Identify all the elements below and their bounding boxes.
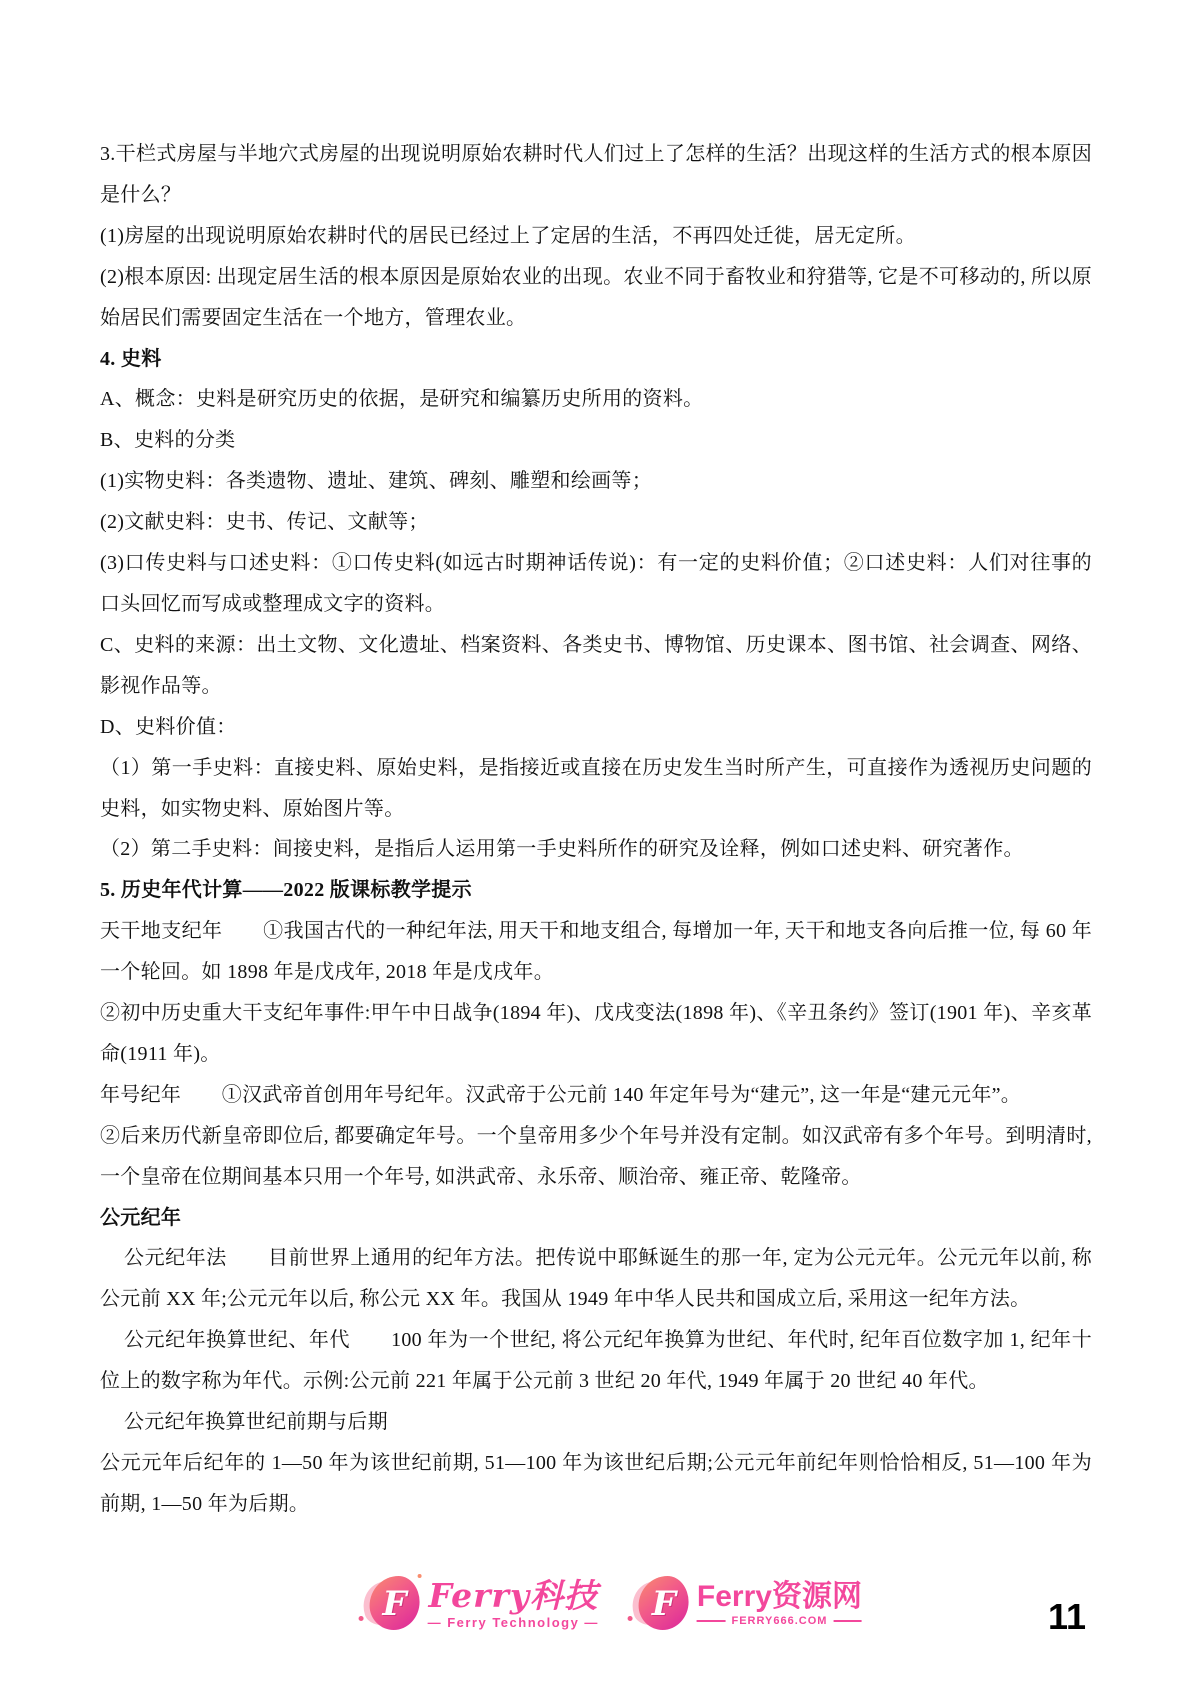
document-body: 3.干栏式房屋与半地穴式房屋的出现说明原始农耕时代人们过上了怎样的生活？出现这样… — [100, 134, 1092, 1525]
ferry-tech-text: Ferry科技 — Ferry Technology — — [428, 1579, 599, 1630]
paragraph: 3.干栏式房屋与半地穴式房屋的出现说明原始农耕时代人们过上了怎样的生活？出现这样… — [100, 134, 1092, 216]
page-number: 11 — [1048, 1596, 1086, 1638]
ferry-blob-icon: F — [368, 1576, 420, 1632]
paragraph: （2）第二手史料：间接史料，是指后人运用第一手史料所作的研究及诠释，例如口述史料… — [100, 829, 1092, 870]
paragraph: 年号纪年 ①汉武帝首创用年号纪年。汉武帝于公元前 140 年定年号为“建元”, … — [100, 1075, 1092, 1116]
paragraph: 公元纪年换算世纪前期与后期 — [100, 1402, 1092, 1443]
subtitle-rule-right — [833, 1620, 862, 1622]
document-page: 3.干栏式房屋与半地穴式房屋的出现说明原始农耕时代人们过上了怎样的生活？出现这样… — [0, 0, 1190, 1683]
ferry-tech-subtitle: — Ferry Technology — — [428, 1615, 599, 1630]
paragraph: (2)根本原因: 出现定居生活的根本原因是原始农业的出现。农业不同于畜牧业和狩猎… — [100, 257, 1092, 339]
ferry-tech-logo: F Ferry科技 — Ferry Technology — — [368, 1576, 599, 1632]
logo-letter-f: F — [637, 1576, 691, 1632]
paragraph: A、概念：史料是研究历史的依据，是研究和编纂历史所用的资料。 — [100, 379, 1092, 420]
section-heading: 4. 史料 — [100, 339, 1092, 380]
footer-logos: F Ferry科技 — Ferry Technology — F Ferry资源… — [368, 1576, 862, 1632]
ferry-tech-brand: Ferry科技 — [428, 1579, 598, 1613]
paragraph: D、史料价值： — [100, 707, 1092, 748]
ferry-resource-text: Ferry资源网 FERRY666.COM — [697, 1581, 862, 1627]
blob-dot — [628, 1616, 633, 1621]
paragraph: 天干地支纪年 ①我国古代的一种纪年法, 用天干和地支组合, 每增加一年, 天干和… — [100, 911, 1092, 993]
logo-letter-f: F — [368, 1576, 422, 1632]
paragraph: 公元元年后纪年的 1—50 年为该世纪前期, 51—100 年为该世纪后期;公元… — [100, 1443, 1092, 1525]
paragraph: (1)房屋的出现说明原始农耕时代的居民已经过上了定居的生活，不再四处迁徙，居无定… — [100, 216, 1092, 257]
ferry-resource-logo: F Ferry资源网 FERRY666.COM — [637, 1576, 862, 1632]
paragraph: （1）第一手史料：直接史料、原始史料，是指接近或直接在历史发生当时所产生，可直接… — [100, 748, 1092, 830]
paragraph: (3)口传史料与口述史料：①口传史料(如远古时期神话传说)：有一定的史料价值；②… — [100, 543, 1092, 625]
subtitle-rule-left — [697, 1620, 726, 1622]
ferry-blob-icon: F — [637, 1576, 689, 1632]
section-heading: 公元纪年 — [100, 1198, 1092, 1239]
paragraph: C、史料的来源：出土文物、文化遗址、档案资料、各类史书、博物馆、历史课本、图书馆… — [100, 625, 1092, 707]
ferry-resource-subtitle: FERRY666.COM — [697, 1615, 862, 1627]
paragraph: ②初中历史重大干支纪年事件:甲午中日战争(1894 年)、戊戌变法(1898 年… — [100, 993, 1092, 1075]
ferry-resource-brand: Ferry资源网 — [697, 1581, 862, 1613]
paragraph: (1)实物史料：各类遗物、遗址、建筑、碑刻、雕塑和绘画等； — [100, 461, 1092, 502]
paragraph: ②后来历代新皇帝即位后, 都要确定年号。一个皇帝用多少个年号并没有定制。如汉武帝… — [100, 1116, 1092, 1198]
section-heading: 5. 历史年代计算——2022 版课标教学提示 — [100, 870, 1092, 911]
paragraph: 公元纪年法 目前世界上通用的纪年方法。把传说中耶稣诞生的那一年, 定为公元元年。… — [100, 1238, 1092, 1320]
paragraph: 公元纪年换算世纪、年代 100 年为一个世纪, 将公元纪年换算为世纪、年代时, … — [100, 1320, 1092, 1402]
paragraph: B、史料的分类 — [100, 420, 1092, 461]
blob-dot — [359, 1616, 364, 1621]
ferry-resource-domain: FERRY666.COM — [731, 1615, 827, 1627]
paragraph: (2)文献史料：史书、传记、文献等； — [100, 502, 1092, 543]
